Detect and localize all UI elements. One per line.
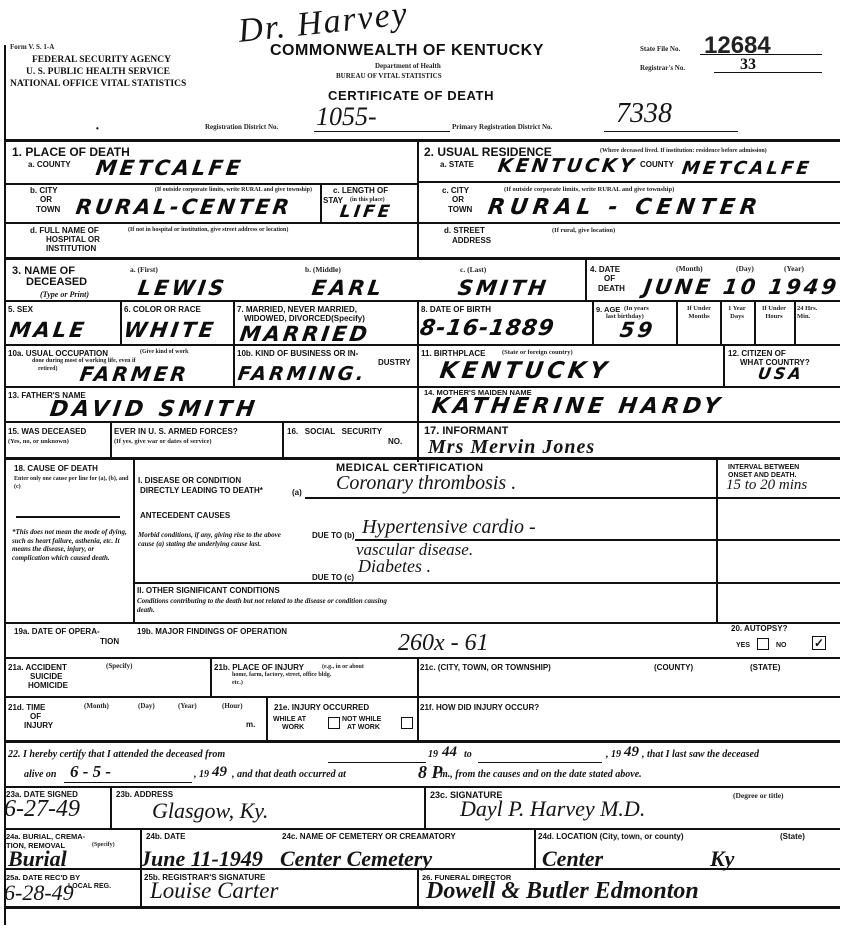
dod-month-label: (Month) — [676, 265, 703, 272]
burial-date-label: 24b. DATE — [146, 832, 185, 841]
cause-footnote: *This does not mean the mode of dying, s… — [12, 528, 130, 562]
certify-line1b: , that I last saw the deceased — [642, 750, 759, 759]
cause-c-label: DUE TO (c) — [312, 573, 354, 582]
last-name-label: c. (Last) — [460, 266, 486, 273]
certify-prefix-1: 19 — [428, 750, 438, 759]
last-name-value: SMITH — [456, 276, 550, 300]
how-injury-label: 21f. HOW DID INJURY OCCUR? — [420, 703, 539, 712]
date-received-value: 6-28-49 — [4, 880, 74, 906]
document-title: COMMONWEALTH OF KENTUCKY — [270, 42, 544, 60]
certify-alive-on: alive on — [24, 770, 57, 779]
cause-note: Enter only one cause per line for (a), (… — [14, 475, 130, 491]
length-of-stay-value: LIFE — [339, 202, 394, 222]
time-hour-label: (Hour) — [222, 703, 243, 710]
death-time: 8 P — [418, 762, 443, 783]
cause-b-label: DUE TO (b) — [312, 531, 355, 540]
time-m-label: m. — [246, 720, 255, 729]
funeral-director-value: Dowell & Butler Edmonton — [426, 878, 699, 905]
time-year-label: (Year) — [178, 703, 197, 710]
registrar-signature: Louise Carter — [150, 878, 278, 904]
reg-district-label: Registration District No. — [205, 124, 278, 131]
age-days-label: 1 Year Days — [722, 305, 752, 321]
time-day-label: (Day) — [138, 703, 155, 710]
state-file-number: 12684 — [704, 32, 771, 60]
location-state-label: (State) — [780, 832, 805, 841]
address-value: Glasgow, Ky. — [152, 798, 268, 824]
age-months-label: If Under Months — [680, 305, 718, 321]
cause-b-value: Hypertensive cardio - — [362, 516, 536, 539]
alive-on-date: 6 - 5 - — [70, 762, 111, 782]
form-number: Form V. S. 1-A — [10, 44, 54, 51]
while-at-work-checkbox[interactable] — [328, 717, 340, 729]
street-note: (If rural, give location) — [552, 227, 615, 234]
findings-value: 260x - 61 — [398, 630, 489, 657]
race-value: WHITE — [122, 318, 218, 342]
location-label: 24d. LOCATION (City, town, or county) — [538, 832, 683, 841]
findings-label: 19b. MAJOR FINDINGS OF OPERATION — [137, 627, 287, 636]
autopsy-no-label: NO — [776, 641, 787, 650]
name-note: (Type or Print) — [40, 290, 89, 299]
certify-line2b: , and that death occurred at — [232, 770, 346, 779]
cause-a-value: Coronary thrombosis . — [336, 472, 516, 495]
degree-label: (Degree or title) — [733, 792, 784, 799]
other-conditions-note: Conditions contributing to the death but… — [137, 597, 397, 614]
injury-county-label: (COUNTY) — [654, 663, 693, 672]
father-value: DAVID SMITH — [48, 397, 260, 422]
birthplace-note: (State or foreign country) — [502, 349, 573, 356]
agency-line-1: FEDERAL SECURITY AGENCY — [32, 55, 171, 65]
occupation-value: FARMER — [78, 362, 190, 386]
business-value: FARMING. — [236, 363, 368, 385]
death-county-value: METCALFE — [94, 156, 245, 180]
age-min-label: 24 Hrs. Min. — [797, 305, 831, 321]
middle-name-label: b. (Middle) — [305, 266, 341, 273]
state-file-label: State File No. — [640, 46, 680, 53]
primary-district-label: Primary Registration District No. — [452, 124, 552, 131]
primary-district-number: 7338 — [616, 98, 672, 130]
death-county-label: a. COUNTY — [28, 160, 71, 169]
citizen-value: USA — [757, 364, 806, 383]
armed-note-1: (Yes, no, or unknown) — [8, 438, 69, 445]
time-month-label: (Month) — [84, 703, 109, 710]
attended-from-year: 44 — [442, 744, 457, 761]
date-of-death-value: JUNE 10 1949 — [642, 275, 840, 299]
sex-label: 5. SEX — [8, 305, 33, 314]
department: Department of Health — [375, 63, 441, 70]
birthplace-value: KENTUCKY — [438, 358, 612, 384]
first-name-label: a. (First) — [130, 266, 158, 273]
sex-value: MALE — [8, 318, 88, 342]
reg-district-number: 1055- — [316, 102, 377, 132]
injury-city-label: 21c. (CITY, TOWN, OR TOWNSHIP) — [420, 663, 551, 672]
occupation-label: 10a. USUAL OCCUPATION — [8, 349, 108, 358]
residence-city-value: RURAL - CENTER — [486, 195, 763, 220]
cause-label: 18. CAUSE OF DEATH — [14, 464, 98, 473]
dod-day-label: (Day) — [736, 265, 754, 272]
residence-county-value: METCALFE — [681, 158, 814, 179]
hospital-note: (If not in hospital or institution, give… — [128, 226, 408, 234]
cause-a-label: (a) — [292, 488, 302, 497]
certificate-title: CERTIFICATE OF DEATH — [328, 88, 494, 103]
dob-label: 8. DATE OF BIRTH — [421, 305, 491, 314]
agency-line-3: NATIONAL OFFICE VITAL STATISTICS — [10, 79, 186, 89]
interval-a-value: 15 to 20 mins — [726, 477, 807, 494]
attended-to-year: 49 — [624, 744, 639, 761]
marital-value: MARRIED — [238, 322, 371, 346]
antecedent-note: Morbid conditions, if any, giving rise t… — [138, 531, 298, 548]
certify-line2c: m., from the causes and on the date stat… — [440, 770, 642, 779]
mother-value: KATHERINE HARDY — [430, 394, 725, 419]
residence-note: (Where deceased lived. If institution: r… — [600, 147, 840, 155]
residence-state-value: KENTUCKY — [496, 155, 638, 177]
autopsy-yes-checkbox[interactable] — [757, 638, 769, 650]
informant-value: Mrs Mervin Jones — [428, 436, 595, 459]
birthplace-label: 11. BIRTHPLACE — [421, 349, 485, 358]
cause-c-value: Diabetes . — [358, 556, 431, 577]
autopsy-label: 20. AUTOPSY? — [731, 624, 787, 633]
registrar-label: Registrar's No. — [640, 65, 685, 72]
autopsy-yes-label: YES — [736, 641, 750, 650]
not-at-work-checkbox[interactable] — [401, 717, 413, 729]
race-label: 6. COLOR OR RACE — [124, 305, 201, 314]
accident-specify: (Specify) — [106, 663, 132, 670]
agency-line-2: U. S. PUBLIC HEALTH SERVICE — [26, 67, 170, 77]
death-city-value: RURAL-CENTER — [74, 195, 293, 219]
age-hours-label: If Under Hours — [757, 305, 791, 321]
dod-year-label: (Year) — [784, 265, 804, 272]
injury-state-label: (STATE) — [750, 663, 780, 672]
certify-line1a: 22. I hereby certify that I attended the… — [8, 750, 225, 759]
residence-city-note: (If outside corporate limits, write RURA… — [504, 186, 674, 193]
age-value: 59 — [618, 318, 657, 342]
first-name-value: LEWIS — [136, 276, 228, 300]
residence-state-label: a. STATE — [440, 160, 474, 169]
cemetery-label: 24c. NAME OF CEMETERY OR CREAMATORY — [282, 832, 456, 841]
middle-name-value: EARL — [310, 276, 386, 300]
autopsy-no-checkbox[interactable]: ✓ — [812, 636, 826, 650]
certify-to: to — [464, 750, 472, 759]
occurred-label: 21e. INJURY OCCURRED — [274, 703, 369, 712]
antecedent-label: ANTECEDENT CAUSES — [140, 511, 230, 520]
other-conditions-label: II. OTHER SIGNIFICANT CONDITIONS — [137, 586, 280, 595]
dob-value: 8-16-1889 — [418, 316, 556, 341]
date-signed-value: 6-27-49 — [4, 796, 80, 823]
bureau: BUREAU OF VITAL STATISTICS — [336, 73, 442, 80]
death-city-note: (If outside corporate limits, write RURA… — [72, 186, 312, 194]
physician-signature: Dayl P. Harvey M.D. — [460, 796, 645, 822]
alive-on-year: 49 — [212, 764, 227, 781]
armed-note-2: (If yes, give war or dates of service) — [114, 438, 212, 445]
